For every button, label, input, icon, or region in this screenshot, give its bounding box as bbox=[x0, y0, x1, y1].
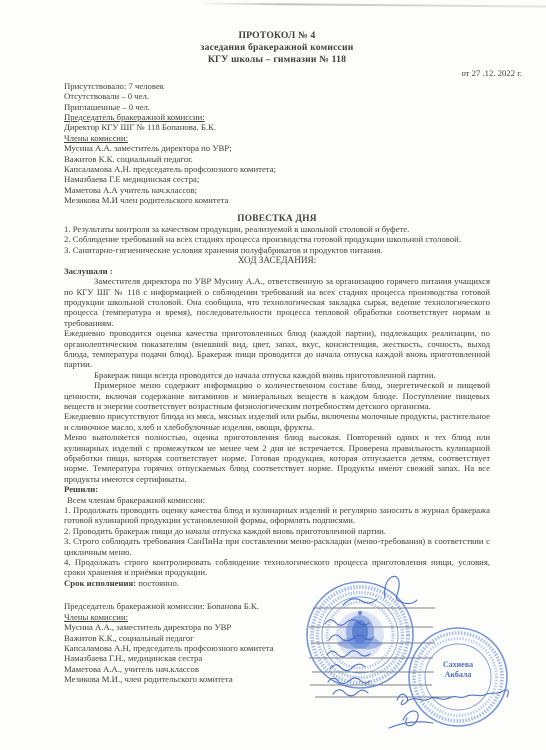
member-item: Мезикова М.И член родительского комитета bbox=[64, 195, 490, 205]
heard-label: Заслушали : bbox=[64, 266, 490, 276]
member-item: Мусина А.А. заместитель директора по УВР… bbox=[64, 143, 490, 153]
member-item: Намазбаева Г.Е медицинская сестра; bbox=[64, 174, 490, 184]
term-value: постоянно. bbox=[136, 578, 179, 588]
scan-artifact-line bbox=[196, 2, 546, 7]
agenda-item: 1. Результаты контроля за качеством прод… bbox=[64, 224, 490, 234]
document-title-line3: КГУ школы – гимназии № 118 bbox=[64, 54, 490, 66]
member-item: Маметова А.А учитель нач.классов; bbox=[64, 185, 490, 195]
agenda-item: 2. Соблюдение требований на всех стадиях… bbox=[64, 234, 490, 244]
agenda-heading: ПОВЕСТКА ДНЯ bbox=[64, 214, 490, 224]
document-date: от 27 .12. 2022 г. bbox=[64, 68, 522, 78]
chair-name: Директор КГУ ШГ № 118 Бопанова. Б.К. bbox=[64, 122, 490, 132]
attendance-absent: Отсутствовали – 0 чел. bbox=[64, 91, 490, 101]
document-title-line1: ПРОТОКОЛ № 4 bbox=[64, 30, 490, 42]
attendance-present: Присутствовало: 7 человек bbox=[64, 81, 490, 91]
decided-intro: Всем членам бракеражной комиссии: bbox=[67, 495, 490, 505]
decision-item: 3. Строго соблюдать требования СанПиНа п… bbox=[64, 536, 490, 557]
members-heading: Члены комиссии: bbox=[64, 133, 490, 143]
decisions-list: 1. Продолжать проводить оценку качества … bbox=[64, 505, 490, 578]
session-body: Заместителя директора по УВР Мусину А.А.… bbox=[64, 276, 490, 484]
official-stamp-small: Сахиева Акбала bbox=[409, 628, 507, 726]
decision-item: 2. Проводить бракераж пищи до начала отп… bbox=[64, 526, 490, 536]
member-item: Важитов К.К. социальный педагог. bbox=[64, 154, 490, 164]
agenda-item: 3. Санитарно-гигиенические условия хране… bbox=[64, 245, 490, 255]
paragraph: Меню выполняется полностью, оценка приго… bbox=[64, 432, 490, 484]
paragraph: Примерное меню содержит информацию о кол… bbox=[64, 380, 490, 411]
session-heading: ХОД ЗАСЕДАНИЯ: bbox=[64, 255, 490, 265]
attendance-invited: Приглашенные – 0 чел. bbox=[64, 102, 490, 112]
paragraph: Заместителя директора по УВР Мусину А.А.… bbox=[64, 276, 490, 328]
member-item: Капсаламова А.Н. председатель профсоюзно… bbox=[64, 164, 490, 174]
scanned-protocol-document: ПРОТОКОЛ № 4 заседания бракеражной комис… bbox=[0, 0, 546, 750]
agenda-list: 1. Результаты контроля за качеством прод… bbox=[64, 224, 490, 255]
attendance-block: Присутствовало: 7 человек Отсутствовали … bbox=[64, 81, 490, 206]
document-title-line2: заседания бракеражной комиссии bbox=[64, 42, 490, 54]
decided-label: Решили: bbox=[64, 484, 490, 494]
paragraph: Ежедневно присутствуют блюда из мяса, мя… bbox=[64, 411, 490, 432]
term-label: Срок исполнения: bbox=[64, 578, 136, 588]
chair-heading: Председатель бракеражной комиссии: bbox=[64, 112, 490, 122]
decision-item: 1. Продолжать проводить оценку качества … bbox=[64, 505, 490, 526]
paragraph: Ежедневно проводится оценка качества при… bbox=[64, 328, 490, 370]
stamp-name-line1: Сахиева bbox=[443, 660, 473, 669]
stamps-and-signatures: Сахиева Акбала bbox=[285, 568, 546, 750]
stamp-name-line2: Акбала bbox=[445, 670, 472, 679]
paragraph: Бракераж пищи всегда проводится до начал… bbox=[64, 370, 490, 380]
